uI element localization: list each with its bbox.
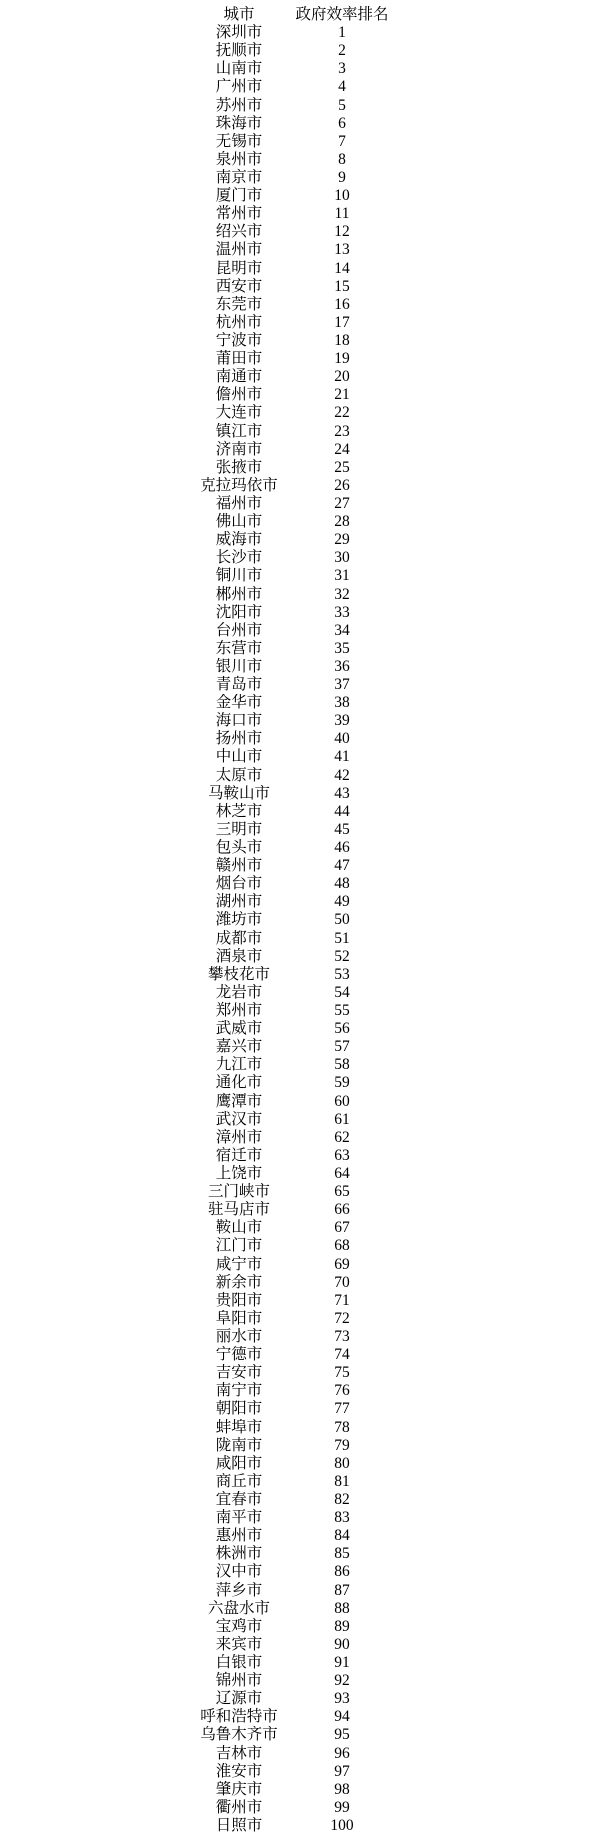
city-cell: 鹰潭市 — [189, 1093, 289, 1111]
table-row: 海口市39 — [0, 712, 600, 730]
table-row: 大连市22 — [0, 404, 600, 422]
rank-cell: 97 — [290, 1763, 394, 1781]
table-row: 咸宁市69 — [0, 1256, 600, 1274]
city-cell: 吉安市 — [189, 1364, 289, 1382]
city-cell: 包头市 — [189, 839, 289, 857]
city-cell: 中山市 — [189, 748, 289, 766]
table-row: 漳州市62 — [0, 1129, 600, 1147]
city-cell: 锦州市 — [189, 1672, 289, 1690]
rank-cell: 86 — [290, 1563, 394, 1581]
table-row: 宝鸡市89 — [0, 1618, 600, 1636]
table-body: 深圳市1抚顺市2山南市3广州市4苏州市5珠海市6无锡市7泉州市8南京市9厦门市1… — [0, 24, 600, 1835]
rank-cell: 58 — [290, 1056, 394, 1074]
table-row: 扬州市40 — [0, 730, 600, 748]
city-cell: 金华市 — [189, 694, 289, 712]
city-cell: 阜阳市 — [189, 1310, 289, 1328]
city-cell: 铜川市 — [189, 567, 289, 585]
table-row: 阜阳市72 — [0, 1310, 600, 1328]
city-cell: 三明市 — [189, 821, 289, 839]
city-ranking-table: 城市 政府效率排名 深圳市1抚顺市2山南市3广州市4苏州市5珠海市6无锡市7泉州… — [0, 0, 600, 1836]
table-row: 六盘水市88 — [0, 1600, 600, 1618]
city-cell: 肇庆市 — [189, 1781, 289, 1799]
city-cell: 海口市 — [189, 712, 289, 730]
city-cell: 通化市 — [189, 1074, 289, 1092]
rank-cell: 91 — [290, 1654, 394, 1672]
rank-cell: 48 — [290, 875, 394, 893]
rank-cell: 85 — [290, 1545, 394, 1563]
table-row: 福州市27 — [0, 495, 600, 513]
rank-cell: 30 — [290, 549, 394, 567]
rank-cell: 51 — [290, 930, 394, 948]
rank-cell: 4 — [290, 78, 394, 96]
table-row: 鞍山市67 — [0, 1219, 600, 1237]
city-cell: 温州市 — [189, 241, 289, 259]
table-row: 包头市46 — [0, 839, 600, 857]
table-row: 白银市91 — [0, 1654, 600, 1672]
table-row: 咸阳市80 — [0, 1455, 600, 1473]
table-row: 乌鲁木齐市95 — [0, 1726, 600, 1744]
city-cell: 惠州市 — [189, 1527, 289, 1545]
table-row: 宜春市82 — [0, 1491, 600, 1509]
rank-cell: 38 — [290, 694, 394, 712]
table-row: 西安市15 — [0, 278, 600, 296]
rank-cell: 20 — [290, 368, 394, 386]
rank-cell: 26 — [290, 477, 394, 495]
rank-cell: 46 — [290, 839, 394, 857]
table-row: 宁德市74 — [0, 1346, 600, 1364]
rank-cell: 99 — [290, 1799, 394, 1817]
city-cell: 银川市 — [189, 658, 289, 676]
rank-cell: 15 — [290, 278, 394, 296]
table-row: 南宁市76 — [0, 1382, 600, 1400]
city-cell: 咸阳市 — [189, 1455, 289, 1473]
city-cell: 潍坊市 — [189, 911, 289, 929]
city-cell: 株洲市 — [189, 1545, 289, 1563]
table-row: 莆田市19 — [0, 350, 600, 368]
city-cell: 台州市 — [189, 622, 289, 640]
table-row: 成都市51 — [0, 930, 600, 948]
rank-cell: 76 — [290, 1382, 394, 1400]
city-cell: 龙岩市 — [189, 984, 289, 1002]
table-row: 南京市9 — [0, 169, 600, 187]
city-cell: 青岛市 — [189, 676, 289, 694]
rank-cell: 17 — [290, 314, 394, 332]
rank-cell: 14 — [290, 260, 394, 278]
table-row: 丽水市73 — [0, 1328, 600, 1346]
table-row: 苏州市5 — [0, 97, 600, 115]
rank-cell: 57 — [290, 1038, 394, 1056]
table-row: 惠州市84 — [0, 1527, 600, 1545]
rank-cell: 75 — [290, 1364, 394, 1382]
table-row: 酒泉市52 — [0, 948, 600, 966]
city-cell: 昆明市 — [189, 260, 289, 278]
city-cell: 厦门市 — [189, 187, 289, 205]
table-row: 南通市20 — [0, 368, 600, 386]
rank-cell: 7 — [290, 133, 394, 151]
rank-cell: 16 — [290, 296, 394, 314]
rank-cell: 52 — [290, 948, 394, 966]
rank-cell: 13 — [290, 241, 394, 259]
table-row: 赣州市47 — [0, 857, 600, 875]
rank-cell: 77 — [290, 1400, 394, 1418]
rank-cell: 64 — [290, 1165, 394, 1183]
table-row: 威海市29 — [0, 531, 600, 549]
rank-cell: 54 — [290, 984, 394, 1002]
rank-cell: 50 — [290, 911, 394, 929]
table-row: 鹰潭市60 — [0, 1093, 600, 1111]
city-cell: 郴州市 — [189, 586, 289, 604]
city-cell: 九江市 — [189, 1056, 289, 1074]
rank-cell: 28 — [290, 513, 394, 531]
city-cell: 抚顺市 — [189, 42, 289, 60]
city-cell: 朝阳市 — [189, 1400, 289, 1418]
table-row: 上饶市64 — [0, 1165, 600, 1183]
city-cell: 湖州市 — [189, 893, 289, 911]
city-cell: 儋州市 — [189, 386, 289, 404]
city-cell: 山南市 — [189, 60, 289, 78]
rank-cell: 31 — [290, 567, 394, 585]
table-row: 山南市3 — [0, 60, 600, 78]
rank-cell: 25 — [290, 459, 394, 477]
rank-cell: 95 — [290, 1726, 394, 1744]
table-row: 长沙市30 — [0, 549, 600, 567]
rank-cell: 83 — [290, 1509, 394, 1527]
city-cell: 东营市 — [189, 640, 289, 658]
city-cell: 商丘市 — [189, 1473, 289, 1491]
rank-cell: 9 — [290, 169, 394, 187]
city-cell: 深圳市 — [189, 24, 289, 42]
rank-cell: 68 — [290, 1237, 394, 1255]
table-row: 珠海市6 — [0, 115, 600, 133]
rank-cell: 34 — [290, 622, 394, 640]
table-row: 汉中市86 — [0, 1563, 600, 1581]
city-cell: 咸宁市 — [189, 1256, 289, 1274]
city-cell: 赣州市 — [189, 857, 289, 875]
rank-cell: 55 — [290, 1002, 394, 1020]
city-cell: 南京市 — [189, 169, 289, 187]
table-row: 温州市13 — [0, 241, 600, 259]
city-cell: 苏州市 — [189, 97, 289, 115]
city-cell: 郑州市 — [189, 1002, 289, 1020]
table-row: 郑州市55 — [0, 1002, 600, 1020]
rank-cell: 71 — [290, 1292, 394, 1310]
table-row: 新余市70 — [0, 1274, 600, 1292]
rank-cell: 19 — [290, 350, 394, 368]
city-cell: 六盘水市 — [189, 1600, 289, 1618]
city-cell: 嘉兴市 — [189, 1038, 289, 1056]
rank-cell: 59 — [290, 1074, 394, 1092]
table-row: 武威市56 — [0, 1020, 600, 1038]
city-cell: 南宁市 — [189, 1382, 289, 1400]
table-row: 银川市36 — [0, 658, 600, 676]
table-row: 昆明市14 — [0, 260, 600, 278]
city-cell: 泉州市 — [189, 151, 289, 169]
rank-cell: 40 — [290, 730, 394, 748]
city-cell: 南平市 — [189, 1509, 289, 1527]
table-row: 镇江市23 — [0, 423, 600, 441]
city-cell: 来宾市 — [189, 1636, 289, 1654]
table-row: 沈阳市33 — [0, 604, 600, 622]
table-row: 马鞍山市43 — [0, 785, 600, 803]
rank-cell: 43 — [290, 785, 394, 803]
rank-cell: 45 — [290, 821, 394, 839]
table-row: 朝阳市77 — [0, 1400, 600, 1418]
rank-cell: 42 — [290, 767, 394, 785]
table-row: 常州市11 — [0, 205, 600, 223]
city-cell: 酒泉市 — [189, 948, 289, 966]
city-cell: 杭州市 — [189, 314, 289, 332]
table-row: 龙岩市54 — [0, 984, 600, 1002]
city-cell: 威海市 — [189, 531, 289, 549]
city-cell: 常州市 — [189, 205, 289, 223]
table-row: 攀枝花市53 — [0, 966, 600, 984]
city-cell: 绍兴市 — [189, 223, 289, 241]
city-cell: 宿迁市 — [189, 1147, 289, 1165]
rank-cell: 12 — [290, 223, 394, 241]
city-cell: 无锡市 — [189, 133, 289, 151]
city-cell: 蚌埠市 — [189, 1419, 289, 1437]
table-row: 中山市41 — [0, 748, 600, 766]
table-row: 肇庆市98 — [0, 1781, 600, 1799]
city-cell: 江门市 — [189, 1237, 289, 1255]
city-cell: 佛山市 — [189, 513, 289, 531]
rank-cell: 96 — [290, 1745, 394, 1763]
table-row: 克拉玛依市26 — [0, 477, 600, 495]
city-cell: 长沙市 — [189, 549, 289, 567]
rank-cell: 53 — [290, 966, 394, 984]
table-row: 绍兴市12 — [0, 223, 600, 241]
table-row: 台州市34 — [0, 622, 600, 640]
table-row: 广州市4 — [0, 78, 600, 96]
rank-cell: 36 — [290, 658, 394, 676]
city-cell: 武威市 — [189, 1020, 289, 1038]
table-row: 湖州市49 — [0, 893, 600, 911]
rank-cell: 5 — [290, 97, 394, 115]
table-row: 烟台市48 — [0, 875, 600, 893]
table-row: 江门市68 — [0, 1237, 600, 1255]
city-cell: 贵阳市 — [189, 1292, 289, 1310]
table-row: 无锡市7 — [0, 133, 600, 151]
rank-cell: 61 — [290, 1111, 394, 1129]
city-cell: 西安市 — [189, 278, 289, 296]
table-row: 铜川市31 — [0, 567, 600, 585]
table-row: 锦州市92 — [0, 1672, 600, 1690]
table-row: 萍乡市87 — [0, 1582, 600, 1600]
rank-cell: 1 — [290, 24, 394, 42]
table-row: 张掖市25 — [0, 459, 600, 477]
rank-cell: 66 — [290, 1201, 394, 1219]
city-cell: 马鞍山市 — [189, 785, 289, 803]
rank-cell: 56 — [290, 1020, 394, 1038]
city-cell: 上饶市 — [189, 1165, 289, 1183]
city-cell: 莆田市 — [189, 350, 289, 368]
table-row: 林芝市44 — [0, 803, 600, 821]
city-cell: 三门峡市 — [189, 1183, 289, 1201]
table-row: 儋州市21 — [0, 386, 600, 404]
city-cell: 呼和浩特市 — [189, 1708, 289, 1726]
table-row: 嘉兴市57 — [0, 1038, 600, 1056]
rank-cell: 22 — [290, 404, 394, 422]
rank-cell: 65 — [290, 1183, 394, 1201]
city-cell: 大连市 — [189, 404, 289, 422]
rank-cell: 81 — [290, 1473, 394, 1491]
rank-cell: 100 — [290, 1817, 394, 1835]
city-cell: 太原市 — [189, 767, 289, 785]
table-row: 商丘市81 — [0, 1473, 600, 1491]
rank-cell: 37 — [290, 676, 394, 694]
rank-cell: 88 — [290, 1600, 394, 1618]
rank-cell: 60 — [290, 1093, 394, 1111]
table-row: 辽源市93 — [0, 1690, 600, 1708]
table-row: 抚顺市2 — [0, 42, 600, 60]
table-row: 株洲市85 — [0, 1545, 600, 1563]
table-row: 东营市35 — [0, 640, 600, 658]
city-cell: 广州市 — [189, 78, 289, 96]
table-row: 潍坊市50 — [0, 911, 600, 929]
rank-cell: 10 — [290, 187, 394, 205]
city-cell: 驻马店市 — [189, 1201, 289, 1219]
table-row: 贵阳市71 — [0, 1292, 600, 1310]
city-cell: 武汉市 — [189, 1111, 289, 1129]
table-row: 三门峡市65 — [0, 1183, 600, 1201]
table-row: 陇南市79 — [0, 1437, 600, 1455]
city-cell: 鞍山市 — [189, 1219, 289, 1237]
city-cell: 济南市 — [189, 441, 289, 459]
rank-cell: 33 — [290, 604, 394, 622]
city-cell: 萍乡市 — [189, 1582, 289, 1600]
table-row: 驻马店市66 — [0, 1201, 600, 1219]
table-row: 太原市42 — [0, 767, 600, 785]
table-row: 南平市83 — [0, 1509, 600, 1527]
column-header-rank: 政府效率排名 — [290, 6, 394, 24]
rank-cell: 2 — [290, 42, 394, 60]
city-cell: 扬州市 — [189, 730, 289, 748]
city-cell: 汉中市 — [189, 1563, 289, 1581]
rank-cell: 35 — [290, 640, 394, 658]
table-row: 日照市100 — [0, 1817, 600, 1835]
city-cell: 攀枝花市 — [189, 966, 289, 984]
table-row: 深圳市1 — [0, 24, 600, 42]
table-row: 呼和浩特市94 — [0, 1708, 600, 1726]
table-row: 郴州市32 — [0, 586, 600, 604]
city-cell: 林芝市 — [189, 803, 289, 821]
city-cell: 宝鸡市 — [189, 1618, 289, 1636]
table-row: 宁波市18 — [0, 332, 600, 350]
table-row: 蚌埠市78 — [0, 1419, 600, 1437]
rank-cell: 78 — [290, 1419, 394, 1437]
city-cell: 白银市 — [189, 1654, 289, 1672]
table-row: 武汉市61 — [0, 1111, 600, 1129]
rank-cell: 21 — [290, 386, 394, 404]
city-cell: 东莞市 — [189, 296, 289, 314]
city-cell: 衢州市 — [189, 1799, 289, 1817]
table-row: 杭州市17 — [0, 314, 600, 332]
rank-cell: 70 — [290, 1274, 394, 1292]
city-cell: 成都市 — [189, 930, 289, 948]
table-row: 通化市59 — [0, 1074, 600, 1092]
rank-cell: 18 — [290, 332, 394, 350]
city-cell: 漳州市 — [189, 1129, 289, 1147]
city-cell: 宜春市 — [189, 1491, 289, 1509]
rank-cell: 74 — [290, 1346, 394, 1364]
table-row: 济南市24 — [0, 441, 600, 459]
rank-cell: 27 — [290, 495, 394, 513]
rank-cell: 79 — [290, 1437, 394, 1455]
rank-cell: 32 — [290, 586, 394, 604]
table-row: 淮安市97 — [0, 1763, 600, 1781]
rank-cell: 92 — [290, 1672, 394, 1690]
column-header-city: 城市 — [189, 6, 289, 24]
table-header-row: 城市 政府效率排名 — [0, 6, 600, 24]
table-row: 泉州市8 — [0, 151, 600, 169]
city-cell: 乌鲁木齐市 — [189, 1726, 289, 1744]
table-row: 青岛市37 — [0, 676, 600, 694]
table-row: 金华市38 — [0, 694, 600, 712]
rank-cell: 6 — [290, 115, 394, 133]
table-row: 吉安市75 — [0, 1364, 600, 1382]
city-cell: 烟台市 — [189, 875, 289, 893]
city-cell: 张掖市 — [189, 459, 289, 477]
rank-cell: 80 — [290, 1455, 394, 1473]
rank-cell: 63 — [290, 1147, 394, 1165]
rank-cell: 72 — [290, 1310, 394, 1328]
table-row: 厦门市10 — [0, 187, 600, 205]
rank-cell: 82 — [290, 1491, 394, 1509]
city-cell: 沈阳市 — [189, 604, 289, 622]
rank-cell: 98 — [290, 1781, 394, 1799]
city-cell: 日照市 — [189, 1817, 289, 1835]
rank-cell: 8 — [290, 151, 394, 169]
city-cell: 吉林市 — [189, 1745, 289, 1763]
city-cell: 珠海市 — [189, 115, 289, 133]
city-cell: 宁德市 — [189, 1346, 289, 1364]
rank-cell: 90 — [290, 1636, 394, 1654]
city-cell: 陇南市 — [189, 1437, 289, 1455]
table-row: 三明市45 — [0, 821, 600, 839]
city-cell: 辽源市 — [189, 1690, 289, 1708]
rank-cell: 69 — [290, 1256, 394, 1274]
city-cell: 新余市 — [189, 1274, 289, 1292]
table-row: 宿迁市63 — [0, 1147, 600, 1165]
rank-cell: 39 — [290, 712, 394, 730]
rank-cell: 94 — [290, 1708, 394, 1726]
rank-cell: 84 — [290, 1527, 394, 1545]
rank-cell: 89 — [290, 1618, 394, 1636]
rank-cell: 49 — [290, 893, 394, 911]
rank-cell: 47 — [290, 857, 394, 875]
rank-cell: 44 — [290, 803, 394, 821]
city-cell: 福州市 — [189, 495, 289, 513]
table-row: 九江市58 — [0, 1056, 600, 1074]
rank-cell: 73 — [290, 1328, 394, 1346]
rank-cell: 24 — [290, 441, 394, 459]
rank-cell: 11 — [290, 205, 394, 223]
rank-cell: 3 — [290, 60, 394, 78]
city-cell: 丽水市 — [189, 1328, 289, 1346]
rank-cell: 41 — [290, 748, 394, 766]
rank-cell: 23 — [290, 423, 394, 441]
rank-cell: 29 — [290, 531, 394, 549]
city-cell: 镇江市 — [189, 423, 289, 441]
table-row: 佛山市28 — [0, 513, 600, 531]
table-row: 东莞市16 — [0, 296, 600, 314]
city-cell: 宁波市 — [189, 332, 289, 350]
table-row: 衢州市99 — [0, 1799, 600, 1817]
table-row: 来宾市90 — [0, 1636, 600, 1654]
table-row: 吉林市96 — [0, 1745, 600, 1763]
city-cell: 克拉玛依市 — [189, 477, 289, 495]
rank-cell: 93 — [290, 1690, 394, 1708]
